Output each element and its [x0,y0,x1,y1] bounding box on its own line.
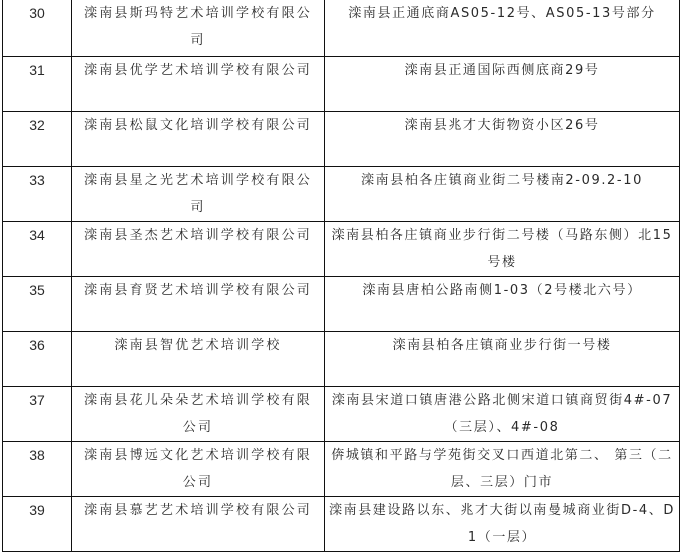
row-number: 35 [3,277,72,332]
school-address: 滦南县宋道口镇唐港公路北侧宋道口镇商贸街4#-07（三层）、4#-08 [325,387,680,442]
school-name: 滦南县育贤艺术培训学校有限公司 [72,277,325,332]
table-row: 39 滦南县慕艺艺术培训学校有限公司 滦南县建设路以东、兆才大街以南曼城商业街D… [3,497,680,552]
table-row: 35 滦南县育贤艺术培训学校有限公司 滦南县唐柏公路南侧1-03（2号楼北六号） [3,277,680,332]
school-name: 滦南县星之光艺术培训学校有限公司 [72,167,325,222]
school-name: 滦南县博远文化艺术培训学校有限公司 [72,442,325,497]
table-row: 31 滦南县优学艺术培训学校有限公司 滦南县正通国际西侧底商29号 [3,57,680,112]
school-address: 滦南县柏各庄镇商业街二号楼南2-09.2-10 [325,167,680,222]
table-row: 34 滦南县圣杰艺术培训学校有限公司 滦南县柏各庄镇商业步行街二号楼（马路东侧）… [3,222,680,277]
school-name: 滦南县优学艺术培训学校有限公司 [72,57,325,112]
row-number: 32 [3,112,72,167]
school-address: 倴城镇和平路与学苑街交叉口西道北第二、 第三（二层、三层）门市 [325,442,680,497]
school-name: 滦南县花儿朵朵艺术培训学校有限公司 [72,387,325,442]
school-name: 滦南县慕艺艺术培训学校有限公司 [72,497,325,552]
row-number: 31 [3,57,72,112]
row-number: 39 [3,497,72,552]
school-name: 滦南县松鼠文化培训学校有限公司 [72,112,325,167]
school-address: 滦南县唐柏公路南侧1-03（2号楼北六号） [325,277,680,332]
school-address: 滦南县建设路以东、兆才大街以南曼城商业街D-4、D1（一层） [325,497,680,552]
row-number: 38 [3,442,72,497]
school-address: 滦南县柏各庄镇商业步行街二号楼（马路东侧）北15号楼 [325,222,680,277]
row-number: 30 [3,0,72,57]
school-list-table-container: 30 滦南县斯玛特艺术培训学校有限公司 滦南县正通底商AS05-12号、AS05… [2,0,679,552]
school-address: 滦南县柏各庄镇商业步行街一号楼 [325,332,680,387]
table-row: 33 滦南县星之光艺术培训学校有限公司 滦南县柏各庄镇商业街二号楼南2-09.2… [3,167,680,222]
table-row: 32 滦南县松鼠文化培训学校有限公司 滦南县兆才大街物资小区26号 [3,112,680,167]
school-name: 滦南县斯玛特艺术培训学校有限公司 [72,0,325,57]
table-row: 37 滦南县花儿朵朵艺术培训学校有限公司 滦南县宋道口镇唐港公路北侧宋道口镇商贸… [3,387,680,442]
school-address: 滦南县兆才大街物资小区26号 [325,112,680,167]
table-row: 36 滦南县智优艺术培训学校 滦南县柏各庄镇商业步行街一号楼 [3,332,680,387]
row-number: 37 [3,387,72,442]
school-address: 滦南县正通底商AS05-12号、AS05-13号部分 [325,0,680,57]
table-row: 38 滦南县博远文化艺术培训学校有限公司 倴城镇和平路与学苑街交叉口西道北第二、… [3,442,680,497]
table-row: 30 滦南县斯玛特艺术培训学校有限公司 滦南县正通底商AS05-12号、AS05… [3,0,680,57]
row-number: 33 [3,167,72,222]
row-number: 34 [3,222,72,277]
school-list-table: 30 滦南县斯玛特艺术培训学校有限公司 滦南县正通底商AS05-12号、AS05… [2,0,680,552]
row-number: 36 [3,332,72,387]
school-address: 滦南县正通国际西侧底商29号 [325,57,680,112]
school-name: 滦南县圣杰艺术培训学校有限公司 [72,222,325,277]
school-name: 滦南县智优艺术培训学校 [72,332,325,387]
